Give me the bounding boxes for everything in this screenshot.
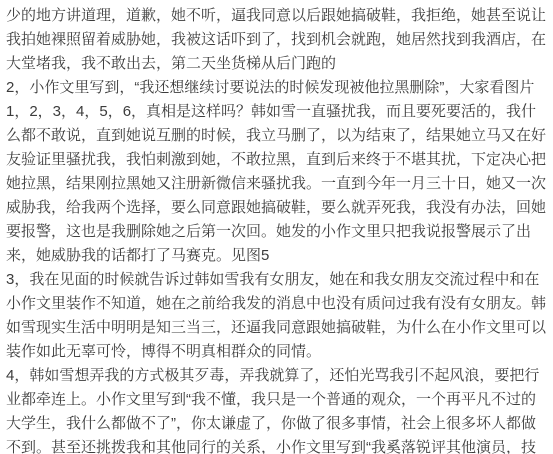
text-line: 友验证里骚扰我，我怕刺激到她，不敢拉黑，直到后来终于不堪其扰，下定决心把 (6, 148, 551, 172)
text-line: 威胁我，给我两个选择，要么同意跟她搞破鞋，要么就弄死我，我没有办法，回她 (6, 196, 551, 220)
text-line: 1，2，3，4，5，6，真相是这样吗？韩如雪一直骚扰我，而且要死要活的，我什 (6, 100, 551, 124)
article-text: 少的地方讲道理，道歉，她不听，逼我同意以后跟她搞破鞋，我拒绝，她甚至说让 我拍她… (0, 0, 553, 454)
text-line: 如雪现实生活中明明是知三当三，还逼我同意跟她搞破鞋，为什么在小作文里可以 (6, 316, 551, 340)
text-line: 她拉黑，结果刚拉黑她又注册新微信来骚扰我。一直到今年一月三十日，她又一次 (6, 172, 551, 196)
text-line: 2，小作文里写到，“我还想继续讨要说法的时候发现被他拉黑删除”，大家看图片 (6, 76, 551, 100)
text-line: 大学生，我什么都做不了”，你太谦虚了，你做了很多事情，社会上很多坏人都做 (6, 412, 551, 436)
text-line: 么都不敢说，直到她说互删的时候，我立马删了，以为结束了，结果她立马又在好 (6, 124, 551, 148)
text-line: 少的地方讲道理，道歉，她不听，逼我同意以后跟她搞破鞋，我拒绝，她甚至说让 (6, 4, 551, 28)
text-line: 要报警，这也是我删除她之后第一次回。她发的小作文里只把我说报警展示了出 (6, 220, 551, 244)
text-line: 装作如此无辜可怜，博得不明真相群众的同情。 (6, 340, 551, 364)
text-line: 不到。甚至还挑拨我和其他同行的关系，小作文里写到“我奚落锐评其他演员，技 (6, 436, 551, 454)
paragraph: 2，小作文里写到，“我还想继续讨要说法的时候发现被他拉黑删除”，大家看图片 1，… (6, 76, 551, 268)
text-line: 业都牵连上。小作文里写到“我不懂，我只是一个普通的观众，一个再平凡不过的 (6, 388, 551, 412)
text-line: 3，我在见面的时候就告诉过韩如雪我有女朋友，她在和我女朋友交流过程中和在 (6, 268, 551, 292)
text-line: 来，她威胁我的话都打了马赛克。见图5 (6, 244, 551, 268)
paragraph: 4，韩如雪想弄我的方式极其歹毒，弄我就算了，还怕光骂我引不起风浪，要把行 业都牵… (6, 364, 551, 454)
text-line: 大堂堵我，我不敢出去，第二天坐货梯从后门跑的 (6, 52, 551, 76)
text-line: 小作文里装作不知道，她在之前给我发的消息中也没有质问过我有没有女朋友。韩 (6, 292, 551, 316)
paragraph: 3，我在见面的时候就告诉过韩如雪我有女朋友，她在和我女朋友交流过程中和在 小作文… (6, 268, 551, 364)
paragraph: 少的地方讲道理，道歉，她不听，逼我同意以后跟她搞破鞋，我拒绝，她甚至说让 我拍她… (6, 4, 551, 76)
text-line: 我拍她裸照留着威胁她，我被这话吓到了，找到机会就跑，她居然找到我酒店，在 (6, 28, 551, 52)
text-line: 4，韩如雪想弄我的方式极其歹毒，弄我就算了，还怕光骂我引不起风浪，要把行 (6, 364, 551, 388)
